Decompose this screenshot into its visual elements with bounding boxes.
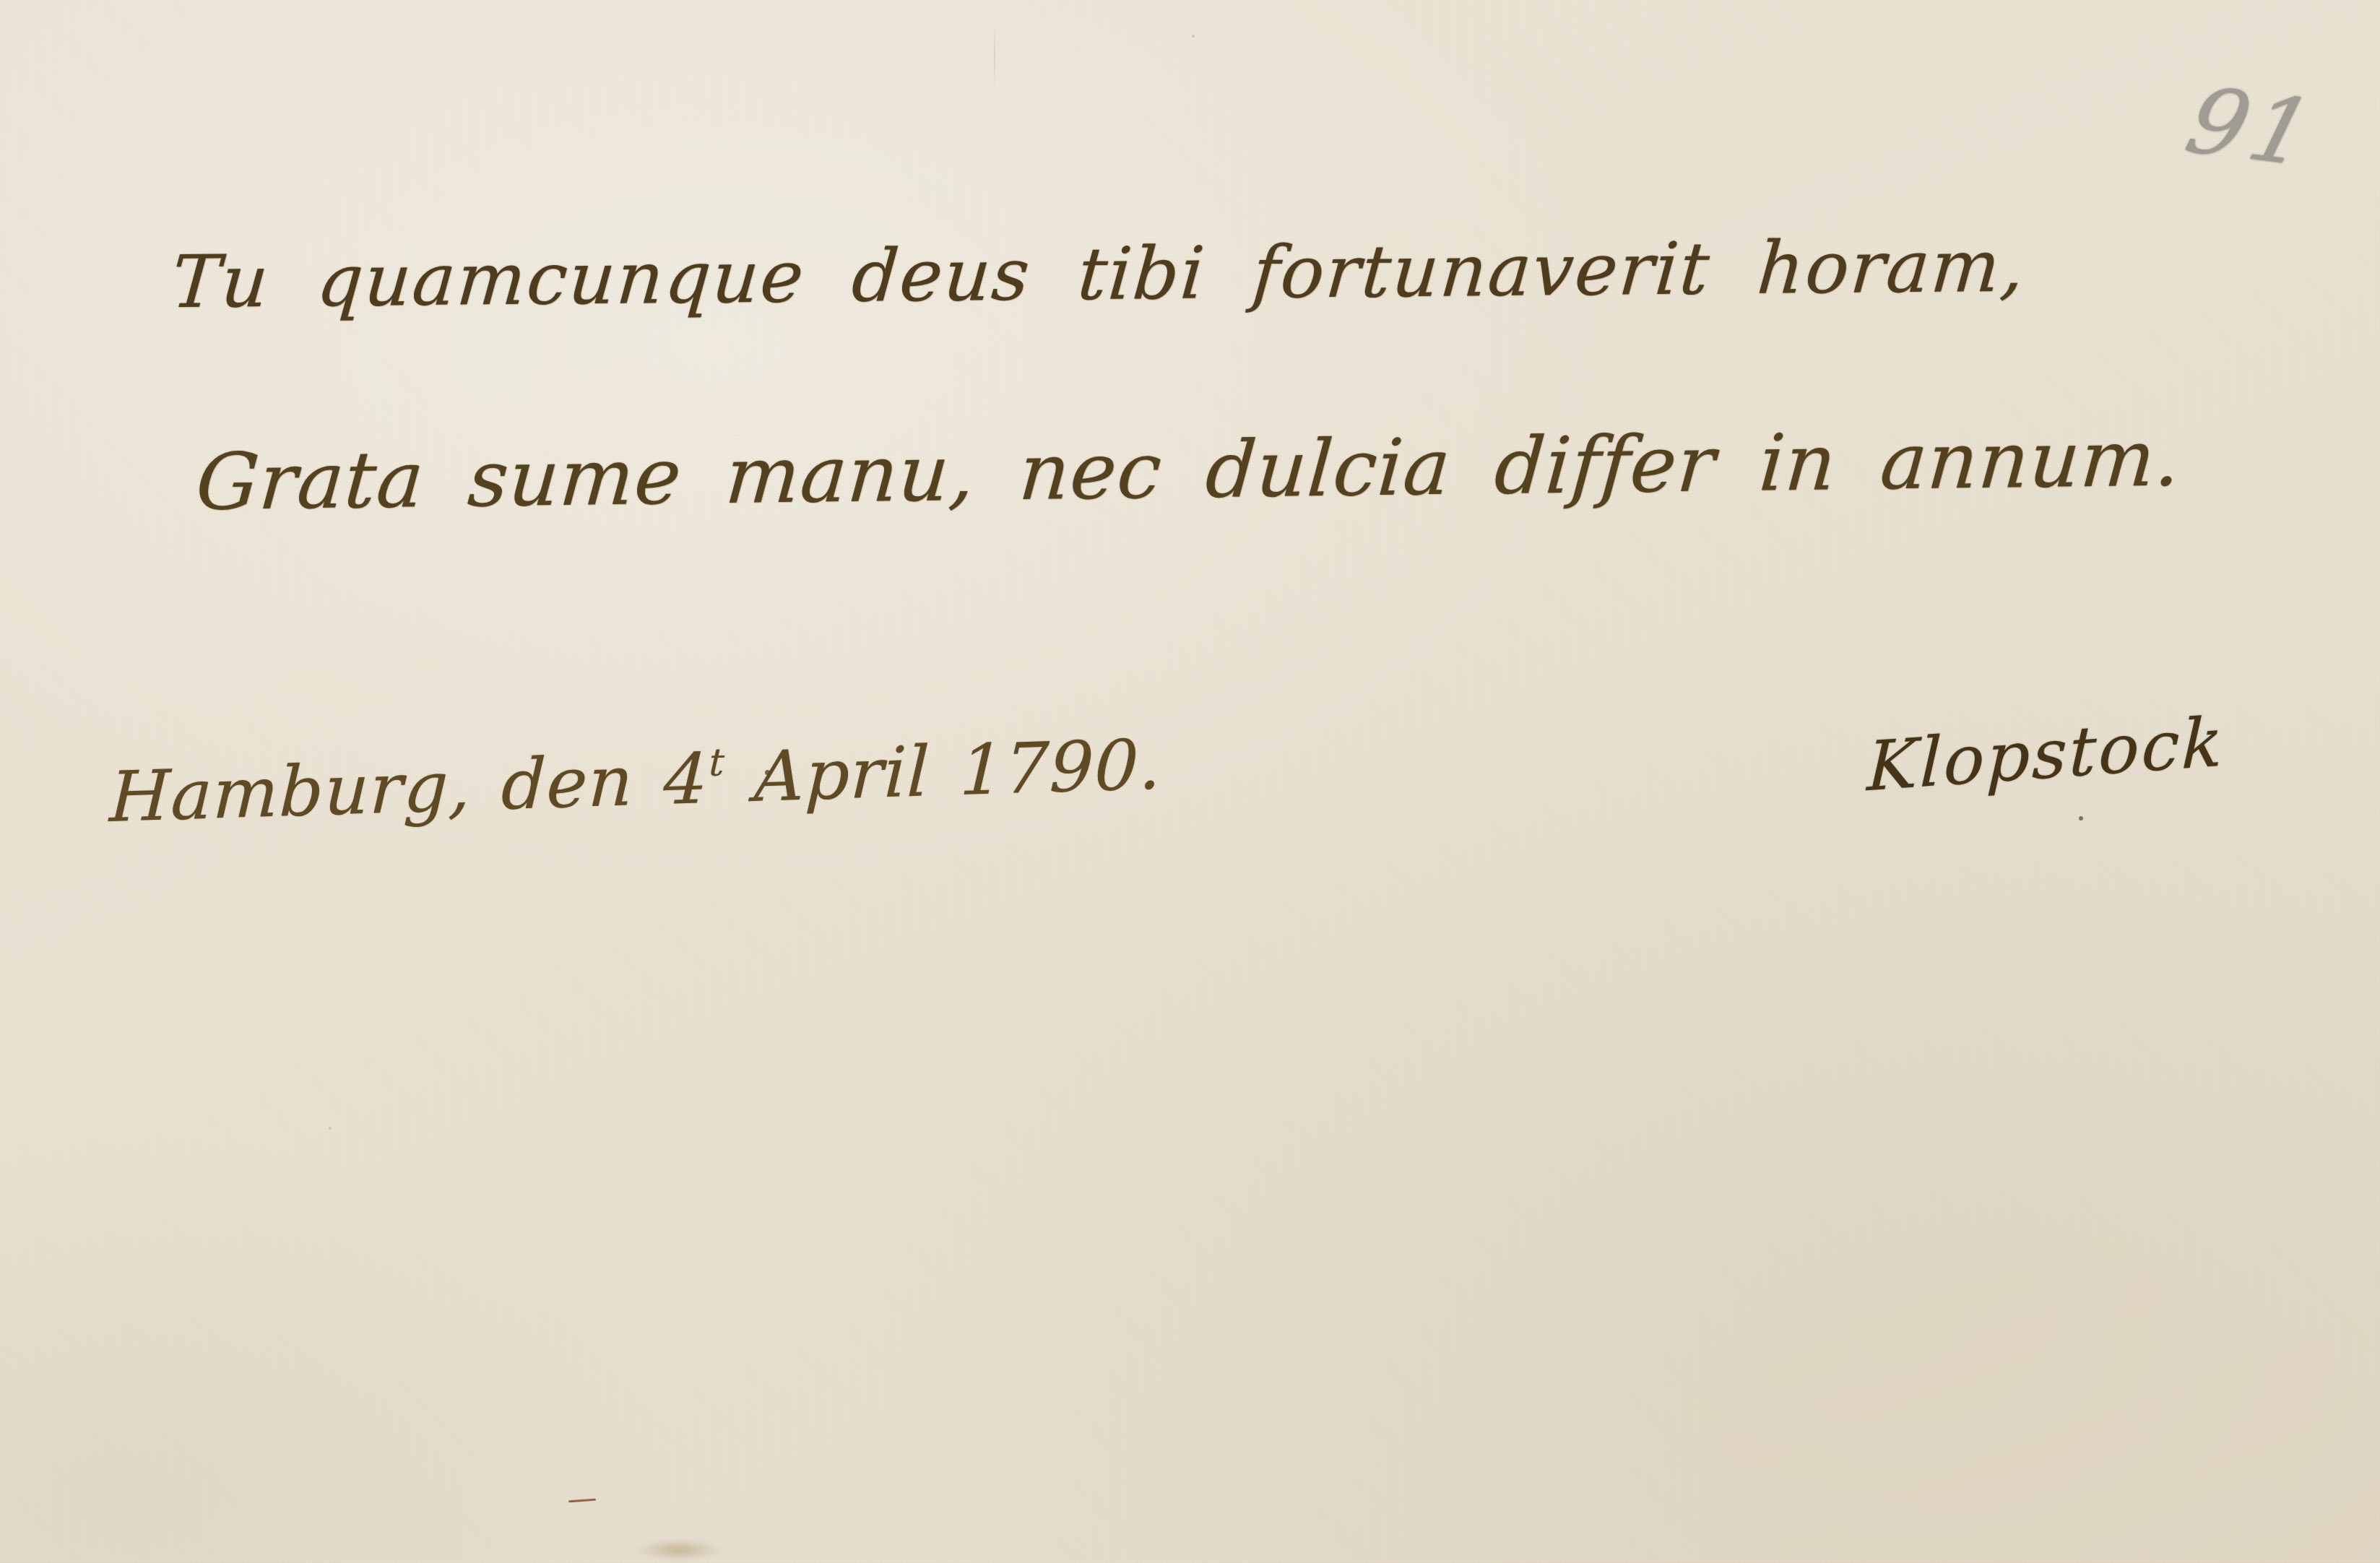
paper-scratch (994, 23, 995, 90)
dateline-month-year: April 1790. (723, 724, 1164, 818)
dateline: Hamburg, den 4t April 1790. (108, 724, 1164, 838)
ink-speck (2079, 816, 2083, 821)
verse-line-2: Grata sume manu, nec dulcia differ in an… (193, 413, 2184, 528)
page-number-pencil: 91 (2176, 68, 2327, 186)
dateline-ordinal-superscript: t (709, 740, 727, 785)
manuscript-page: 91 Tu quamcunque deus tibi fortunaverit … (0, 0, 2380, 1563)
verse-line-1: Tu quamcunque deus tibi fortunaverit hor… (168, 224, 2028, 324)
ink-speck (765, 770, 770, 775)
dateline-place-day: Hamburg, den 4 (108, 738, 710, 838)
paper-speck (1192, 35, 1195, 38)
paper-speck (329, 1127, 332, 1130)
ink-smudge (621, 1536, 737, 1563)
signature: Klopstock (1866, 703, 2226, 807)
paper-fiber (568, 1499, 596, 1503)
